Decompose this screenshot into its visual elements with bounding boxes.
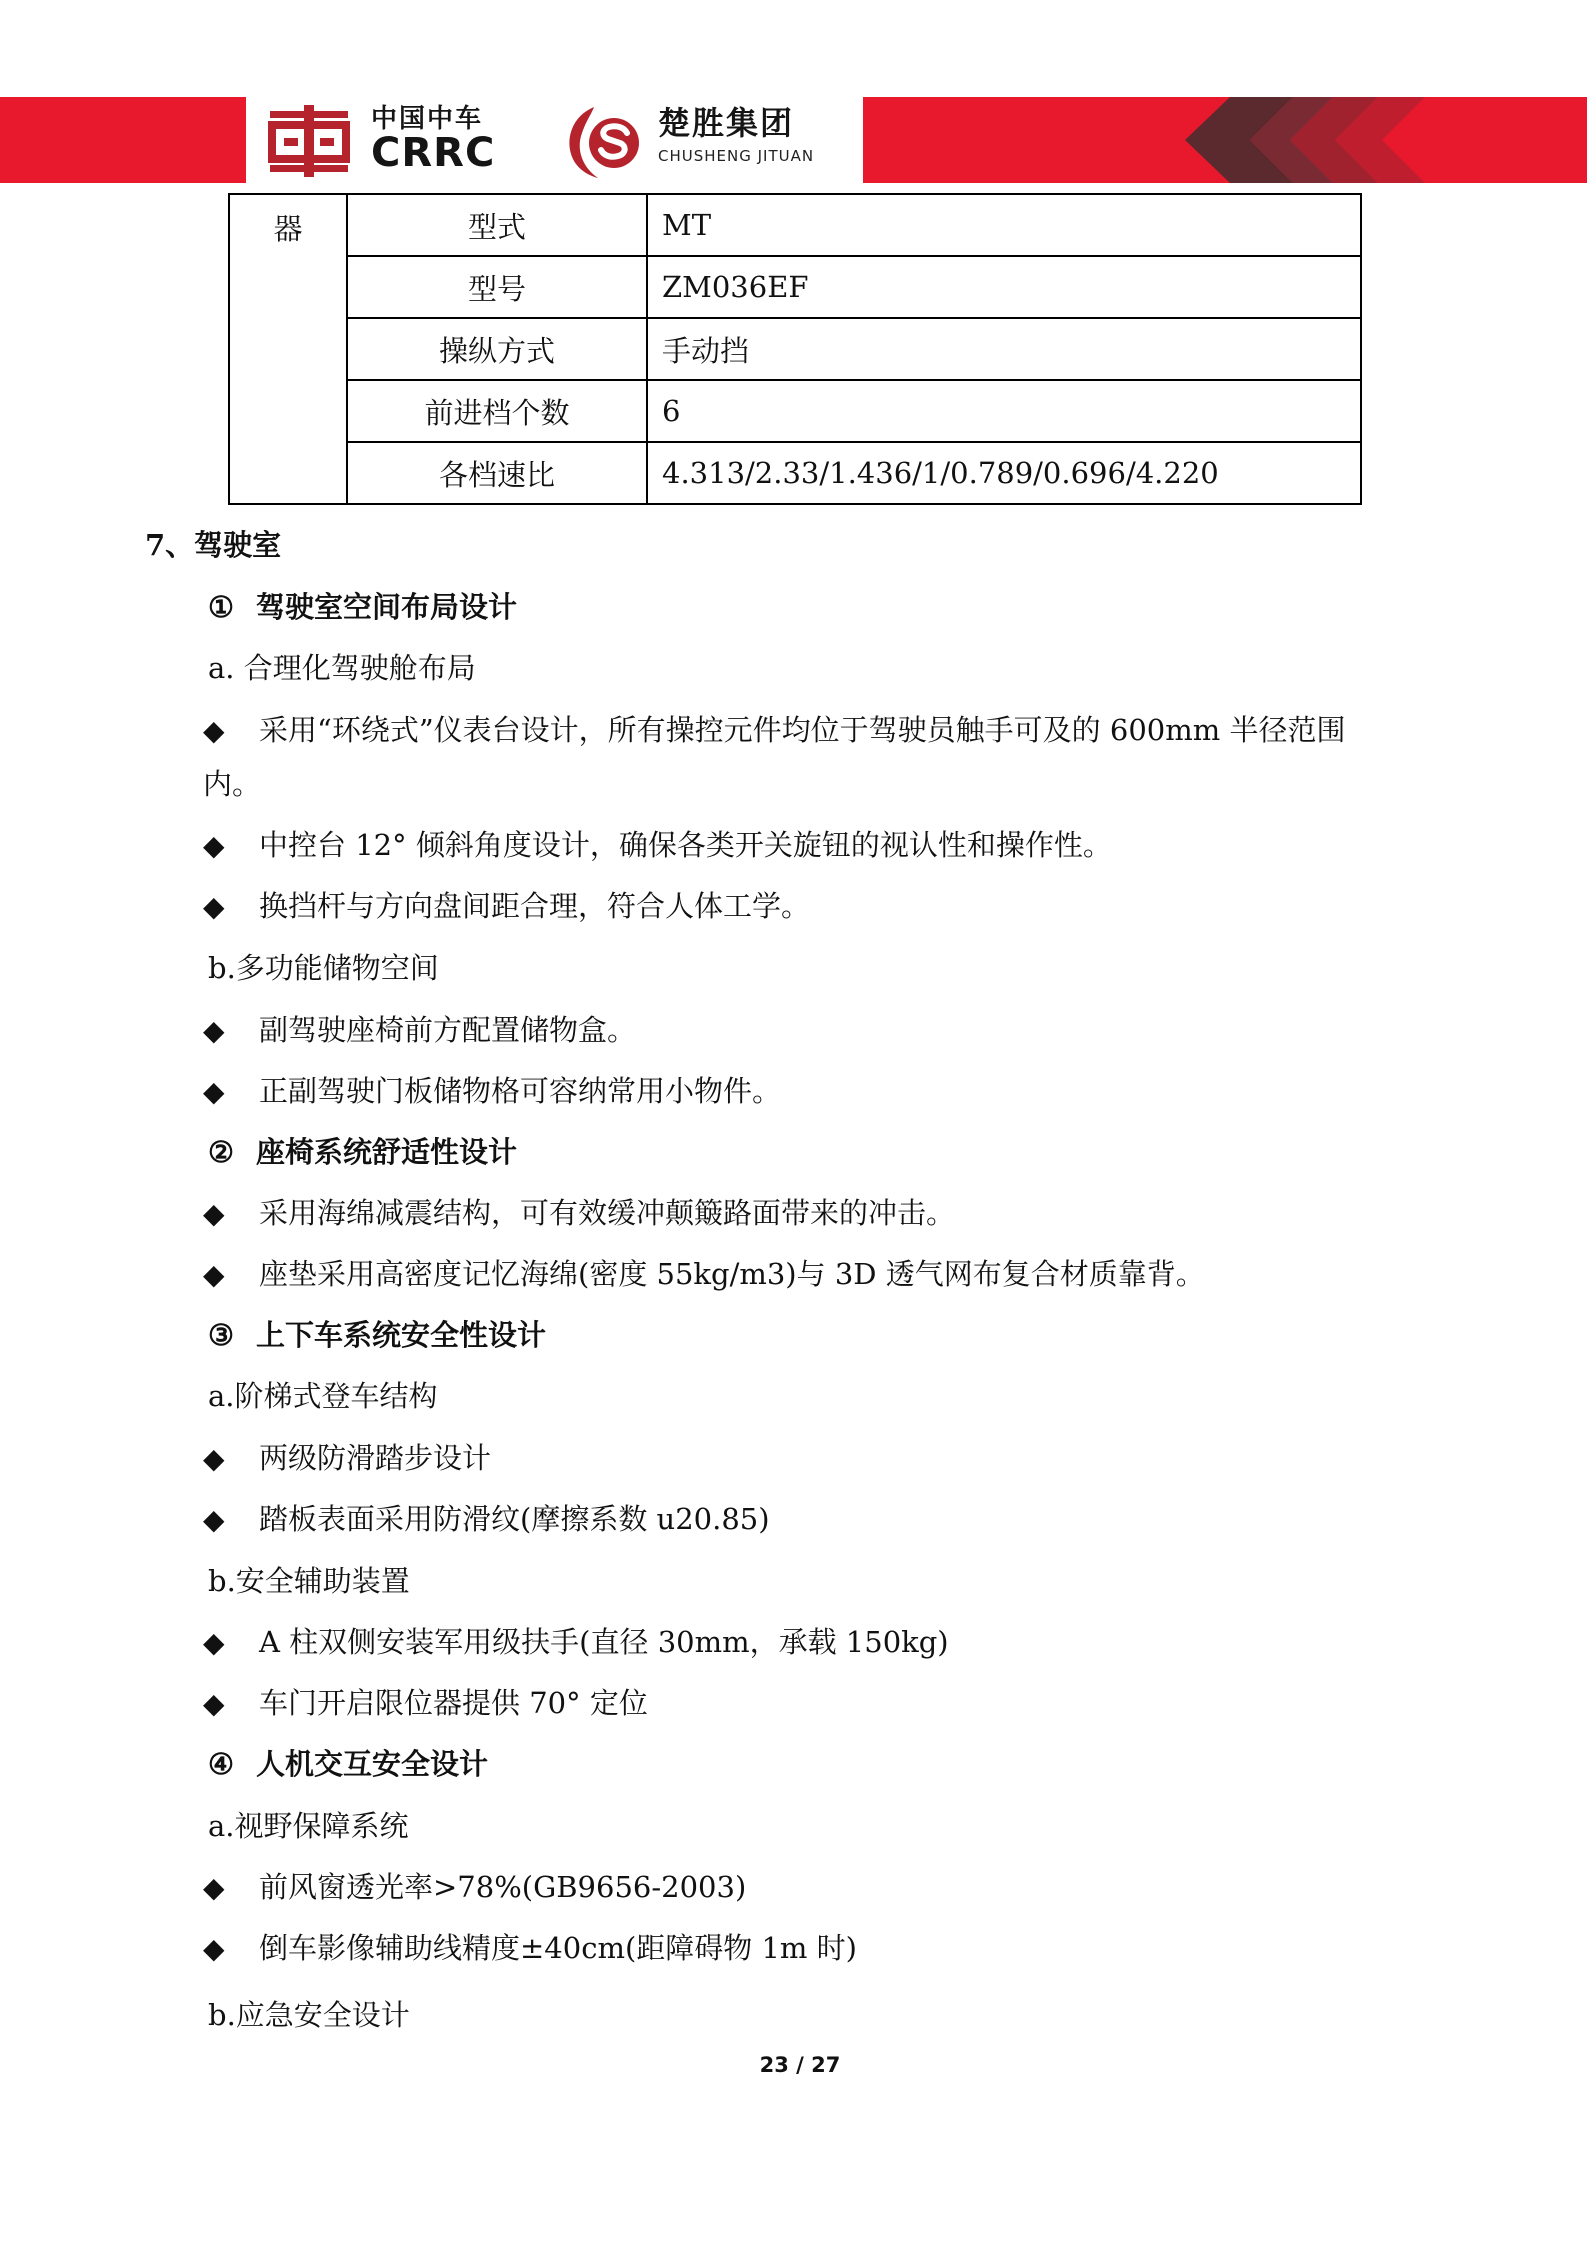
sub-item: a.阶梯式登车结构 [208, 1378, 438, 1414]
chusheng-logo-en: CHUSHENG JITUAN [658, 147, 814, 165]
bullet-item: ◆A 柱双侧安装军用级扶手(直径 30mm，承载 150kg) [203, 1624, 949, 1661]
bullet-text: 两级防滑踏步设计 [259, 1441, 491, 1475]
sub-item: a. 合理化驾驶舱布局 [208, 650, 476, 686]
table-value-cell: ZM036EF [647, 256, 1361, 318]
table-key-cell: 操纵方式 [347, 318, 647, 380]
bullet-text: 正副驾驶门板储物格可容纳常用小物件。 [259, 1074, 781, 1108]
diamond-bullet-icon: ◆ [203, 1257, 259, 1293]
page-number: 23 / 27 [0, 2053, 1587, 2077]
circled-number: ③ [208, 1317, 256, 1353]
circled-number: ② [208, 1134, 256, 1170]
bullet-text: 踏板表面采用防滑纹(摩擦系数 u20.85) [259, 1502, 770, 1536]
diamond-bullet-icon: ◆ [203, 1625, 259, 1661]
bullet-item: ◆换挡杆与方向盘间距合理，符合人体工学。 [203, 888, 810, 925]
subsection-heading-text: 驾驶室空间布局设计 [256, 590, 517, 624]
bullet-item: ◆正副驾驶门板储物格可容纳常用小物件。 [203, 1073, 781, 1110]
bullet-text: 换挡杆与方向盘间距合理，符合人体工学。 [259, 889, 810, 923]
bullet-item: ◆中控台 12° 倾斜角度设计，确保各类开关旋钮的视认性和操作性。 [203, 827, 1112, 864]
diamond-bullet-icon: ◆ [203, 1074, 259, 1110]
subsection-heading: ③上下车系统安全性设计 [208, 1317, 546, 1353]
diamond-bullet-icon: ◆ [203, 828, 259, 864]
table-key-cell: 各档速比 [347, 442, 647, 504]
diamond-bullet-icon: ◆ [203, 1686, 259, 1722]
diamond-bullet-icon: ◆ [203, 713, 259, 749]
bullet-text: 前风窗透光率>78%(GB9656-2003) [259, 1870, 746, 1904]
header-red-band-right [863, 97, 1587, 183]
bullet-item: ◆采用海绵减震结构，可有效缓冲颠簸路面带来的冲击。 [203, 1195, 955, 1232]
subsection-heading-text: 人机交互安全设计 [256, 1747, 488, 1781]
chevron-arrows-icon [863, 97, 1587, 183]
bullet-item: ◆踏板表面采用防滑纹(摩擦系数 u20.85) [203, 1501, 770, 1538]
bullet-item: ◆前风窗透光率>78%(GB9656-2003) [203, 1869, 746, 1906]
bullet-item: ◆车门开启限位器提供 70° 定位 [203, 1685, 648, 1722]
chusheng-s-logo-icon [564, 103, 644, 179]
bullet-text: 倒车影像辅助线精度±40cm(距障碍物 1m 时) [259, 1931, 857, 1965]
bullet-text: 车门开启限位器提供 70° 定位 [259, 1686, 648, 1720]
subsection-heading: ②座椅系统舒适性设计 [208, 1134, 517, 1170]
bullet-item: ◆倒车影像辅助线精度±40cm(距障碍物 1m 时) [203, 1930, 857, 1967]
sub-item: a.视野保障系统 [208, 1808, 409, 1844]
table-category-cell: 器 [229, 194, 347, 504]
header-red-band-left [0, 97, 246, 183]
subsection-heading-text: 座椅系统舒适性设计 [256, 1135, 517, 1169]
sub-item: b.应急安全设计 [208, 1997, 410, 2033]
table-row: 型号 ZM036EF [229, 256, 1361, 318]
bullet-item: ◆两级防滑踏步设计 [203, 1440, 491, 1477]
bullet-text: 座垫采用高密度记忆海绵(密度 55kg/m3)与 3D 透气网布复合材质靠背。 [259, 1257, 1205, 1291]
section-heading: 7、驾驶室 [145, 527, 281, 563]
crrc-che-logo-icon [268, 105, 350, 177]
table-row: 器 型式 MT [229, 194, 1361, 256]
crrc-logo-en: CRRC [371, 133, 495, 173]
diamond-bullet-icon: ◆ [203, 1013, 259, 1049]
table-row: 各档速比 4.313/2.33/1.436/1/0.789/0.696/4.22… [229, 442, 1361, 504]
diamond-bullet-icon: ◆ [203, 889, 259, 925]
bullet-text: 采用“环绕式”仪表台设计，所有操控元件均位于驾驶员触手可及的 600mm 半径范… [259, 713, 1345, 747]
table-key-cell: 型式 [347, 194, 647, 256]
diamond-bullet-icon: ◆ [203, 1931, 259, 1967]
circled-number: ④ [208, 1746, 256, 1782]
sub-item: b.安全辅助装置 [208, 1563, 410, 1599]
table-key-cell: 前进档个数 [347, 380, 647, 442]
table-value-cell: MT [647, 194, 1361, 256]
diamond-bullet-icon: ◆ [203, 1502, 259, 1538]
bullet-text: 副驾驶座椅前方配置储物盒。 [259, 1013, 636, 1047]
chusheng-logo-cn: 楚胜集团 [658, 103, 814, 143]
subsection-heading: ①驾驶室空间布局设计 [208, 589, 517, 625]
diamond-bullet-icon: ◆ [203, 1441, 259, 1477]
table-value-cell: 手动挡 [647, 318, 1361, 380]
table-key-cell: 型号 [347, 256, 647, 318]
diamond-bullet-icon: ◆ [203, 1196, 259, 1232]
table-value-cell: 4.313/2.33/1.436/1/0.789/0.696/4.220 [647, 442, 1361, 504]
bullet-continuation: 内。 [203, 766, 261, 802]
table-row: 前进档个数 6 [229, 380, 1361, 442]
bullet-item: ◆座垫采用高密度记忆海绵(密度 55kg/m3)与 3D 透气网布复合材质靠背。 [203, 1256, 1205, 1293]
subsection-heading-text: 上下车系统安全性设计 [256, 1318, 546, 1352]
transmission-spec-table: 器 型式 MT 型号 ZM036EF 操纵方式 手动挡 前进档个数 6 各档速比… [228, 193, 1362, 505]
subsection-heading: ④人机交互安全设计 [208, 1746, 488, 1782]
bullet-item: ◆采用“环绕式”仪表台设计，所有操控元件均位于驾驶员触手可及的 600mm 半径… [203, 712, 1345, 749]
bullet-text: A 柱双侧安装军用级扶手(直径 30mm，承载 150kg) [259, 1625, 949, 1659]
table-row: 操纵方式 手动挡 [229, 318, 1361, 380]
bullet-text: 中控台 12° 倾斜角度设计，确保各类开关旋钮的视认性和操作性。 [259, 828, 1112, 862]
bullet-text: 采用海绵减震结构，可有效缓冲颠簸路面带来的冲击。 [259, 1196, 955, 1230]
sub-item: b.多功能储物空间 [208, 950, 439, 986]
diamond-bullet-icon: ◆ [203, 1870, 259, 1906]
bullet-item: ◆副驾驶座椅前方配置储物盒。 [203, 1012, 636, 1049]
table-value-cell: 6 [647, 380, 1361, 442]
logo-area: 中国中车 CRRC 楚胜集团 CHUSHENG JITUAN [246, 97, 863, 183]
page-header: 中国中车 CRRC 楚胜集团 CHUSHENG JITUAN [0, 97, 1587, 183]
circled-number: ① [208, 589, 256, 625]
